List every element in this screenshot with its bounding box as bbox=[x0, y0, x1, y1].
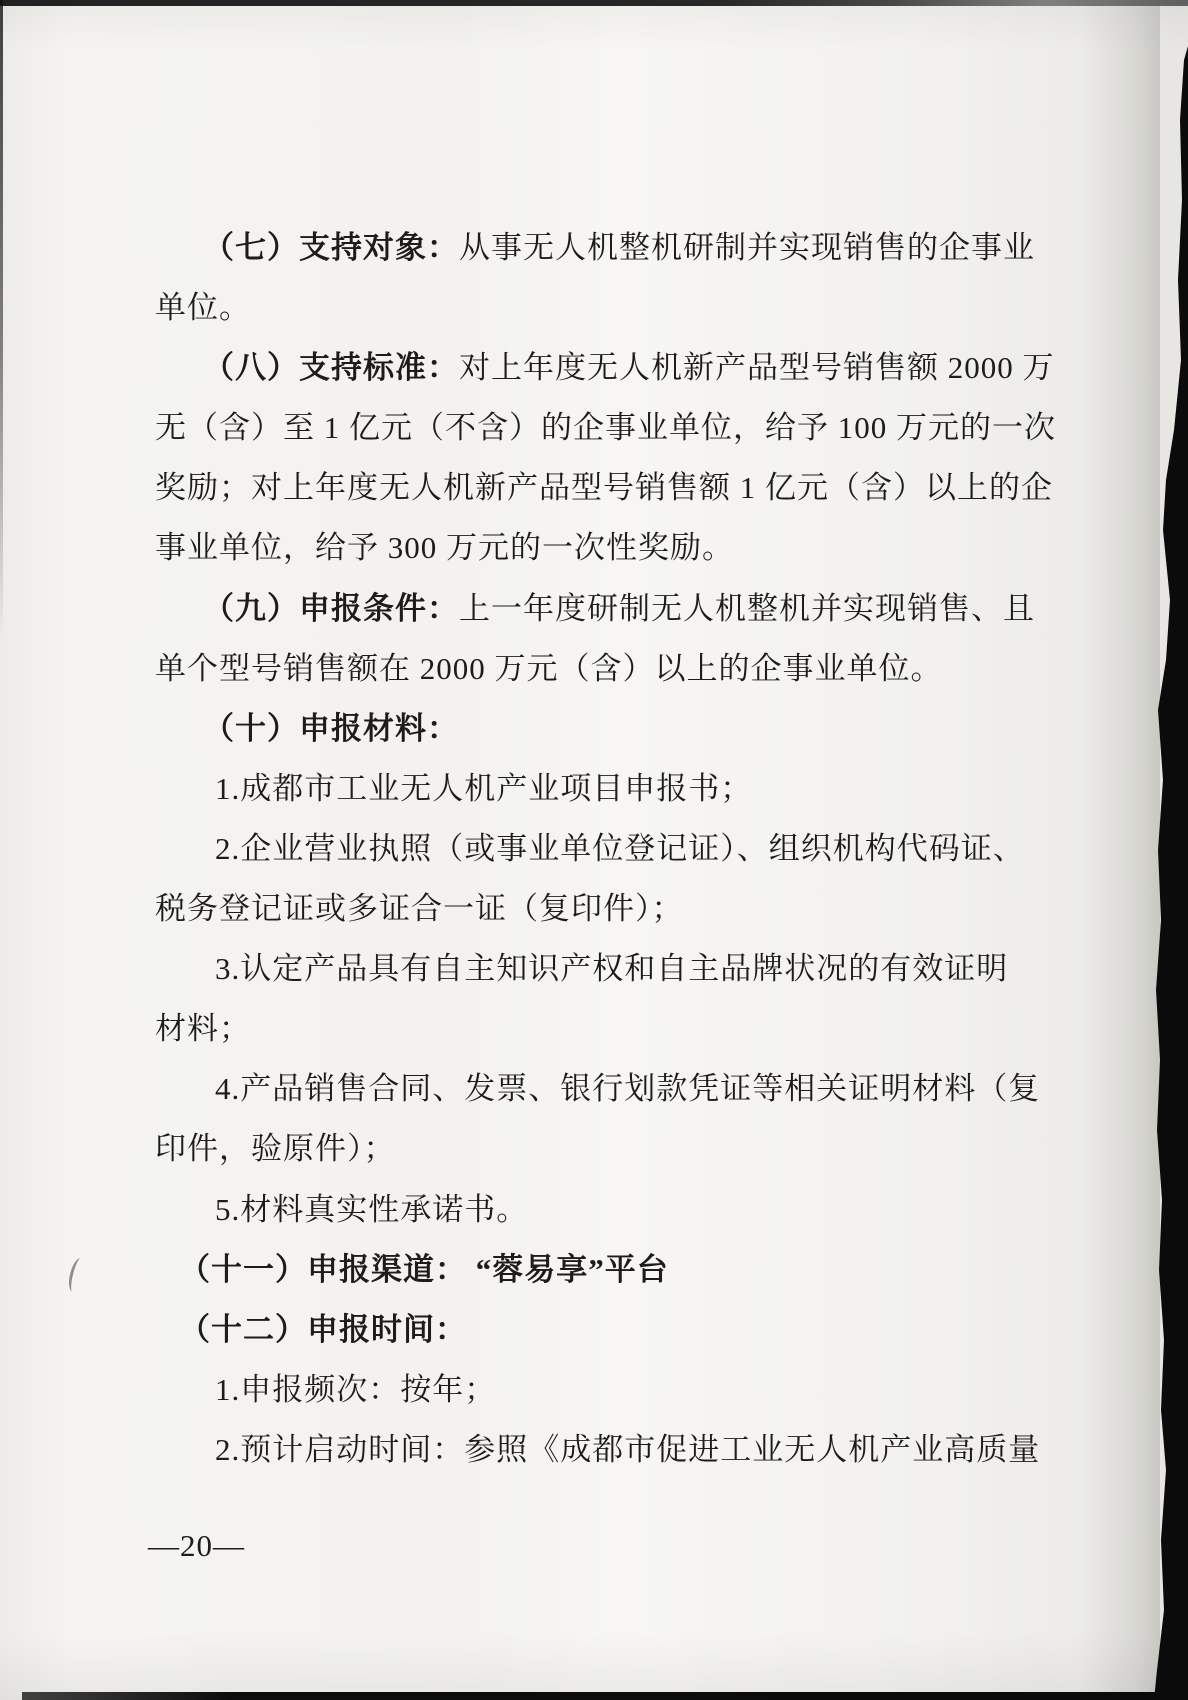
text-line: 事业单位，给予 300 万元的一次性奖励。 bbox=[155, 518, 1065, 578]
text-line: 1.申报频次：按年； bbox=[155, 1360, 1065, 1420]
body-run: 1.申报频次：按年； bbox=[215, 1372, 496, 1407]
body-run: 2.预计启动时间：参照《成都市促进工业无人机产业高质量 bbox=[215, 1432, 1040, 1467]
body-run: 单位。 bbox=[155, 290, 251, 325]
text-line: 1.成都市工业无人机产业项目申报书； bbox=[155, 759, 1065, 819]
text-line: 单位。 bbox=[155, 278, 1065, 338]
text-line: 税务登记证或多证合一证（复印件）； bbox=[155, 879, 1065, 939]
heading-run: （十一）申报渠道： “蓉易享”平台 bbox=[179, 1252, 669, 1287]
text-line: 5.材料真实性承诺书。 bbox=[155, 1180, 1065, 1240]
page-number: —20— bbox=[148, 1522, 245, 1570]
torn-right-edge bbox=[1128, 0, 1188, 1700]
document-text-block: （七）支持对象：从事无人机整机研制并实现销售的企事业单位。（八）支持标准：对上年… bbox=[155, 218, 1065, 1480]
text-line: （九）申报条件：上一年度研制无人机整机并实现销售、且 bbox=[155, 579, 1065, 639]
body-run: 2.企业营业执照（或事业单位登记证）、组织机构代码证、 bbox=[215, 831, 1025, 866]
text-line: （十二）申报时间： bbox=[155, 1300, 1065, 1360]
left-scan-edge bbox=[0, 0, 3, 640]
text-line: 材料； bbox=[155, 999, 1065, 1059]
bottom-scan-edge bbox=[22, 1692, 1188, 1700]
body-run: 3.认定产品具有自主知识产权和自主品牌状况的有效证明 bbox=[215, 951, 1008, 986]
heading-run: （八）支持标准： bbox=[203, 350, 459, 385]
text-line: 无（含）至 1 亿元（不含）的企事业单位，给予 100 万元的一次 bbox=[155, 398, 1065, 458]
body-run: 税务登记证或多证合一证（复印件）； bbox=[155, 891, 684, 926]
heading-run: （十二）申报时间： bbox=[179, 1312, 467, 1347]
text-line: 4.产品销售合同、发票、银行划款凭证等相关证明材料（复 bbox=[155, 1059, 1065, 1119]
text-line: 2.预计启动时间：参照《成都市促进工业无人机产业高质量 bbox=[155, 1420, 1065, 1480]
stray-scan-mark bbox=[66, 1257, 87, 1293]
text-line: （八）支持标准：对上年度无人机新产品型号销售额 2000 万 bbox=[155, 338, 1065, 398]
body-run: 事业单位，给予 300 万元的一次性奖励。 bbox=[155, 530, 734, 565]
heading-run: （十）申报材料： bbox=[203, 711, 459, 746]
text-line: 2.企业营业执照（或事业单位登记证）、组织机构代码证、 bbox=[155, 819, 1065, 879]
heading-run: （九）申报条件： bbox=[203, 591, 459, 626]
text-line: 单个型号销售额在 2000 万元（含）以上的企事业单位。 bbox=[155, 639, 1065, 699]
body-run: 4.产品销售合同、发票、银行划款凭证等相关证明材料（复 bbox=[215, 1071, 1040, 1106]
heading-run: （七）支持对象： bbox=[203, 230, 459, 265]
top-scan-edge bbox=[0, 0, 1188, 6]
body-run: 单个型号销售额在 2000 万元（含）以上的企事业单位。 bbox=[155, 651, 943, 686]
scanned-page: （七）支持对象：从事无人机整机研制并实现销售的企事业单位。（八）支持标准：对上年… bbox=[0, 0, 1188, 1700]
text-line: 印件，验原件）； bbox=[155, 1119, 1065, 1179]
body-run: 印件，验原件）； bbox=[155, 1131, 396, 1166]
text-line: （十）申报材料： bbox=[155, 699, 1065, 759]
text-line: 奖励；对上年度无人机新产品型号销售额 1 亿元（含）以上的企 bbox=[155, 458, 1065, 518]
body-run: 对上年度无人机新产品型号销售额 2000 万 bbox=[459, 350, 1055, 385]
text-line: （十一）申报渠道： “蓉易享”平台 bbox=[155, 1240, 1065, 1300]
text-line: 3.认定产品具有自主知识产权和自主品牌状况的有效证明 bbox=[155, 939, 1065, 999]
body-run: 无（含）至 1 亿元（不含）的企事业单位，给予 100 万元的一次 bbox=[155, 410, 1056, 445]
body-run: 材料； bbox=[155, 1011, 251, 1046]
text-line: （七）支持对象：从事无人机整机研制并实现销售的企事业 bbox=[155, 218, 1065, 278]
body-run: 从事无人机整机研制并实现销售的企事业 bbox=[459, 230, 1035, 265]
body-run: 上一年度研制无人机整机并实现销售、且 bbox=[459, 591, 1035, 626]
body-run: 奖励；对上年度无人机新产品型号销售额 1 亿元（含）以上的企 bbox=[155, 470, 1053, 505]
body-run: 1.成都市工业无人机产业项目申报书； bbox=[215, 771, 752, 806]
body-run: 5.材料真实性承诺书。 bbox=[215, 1192, 528, 1227]
